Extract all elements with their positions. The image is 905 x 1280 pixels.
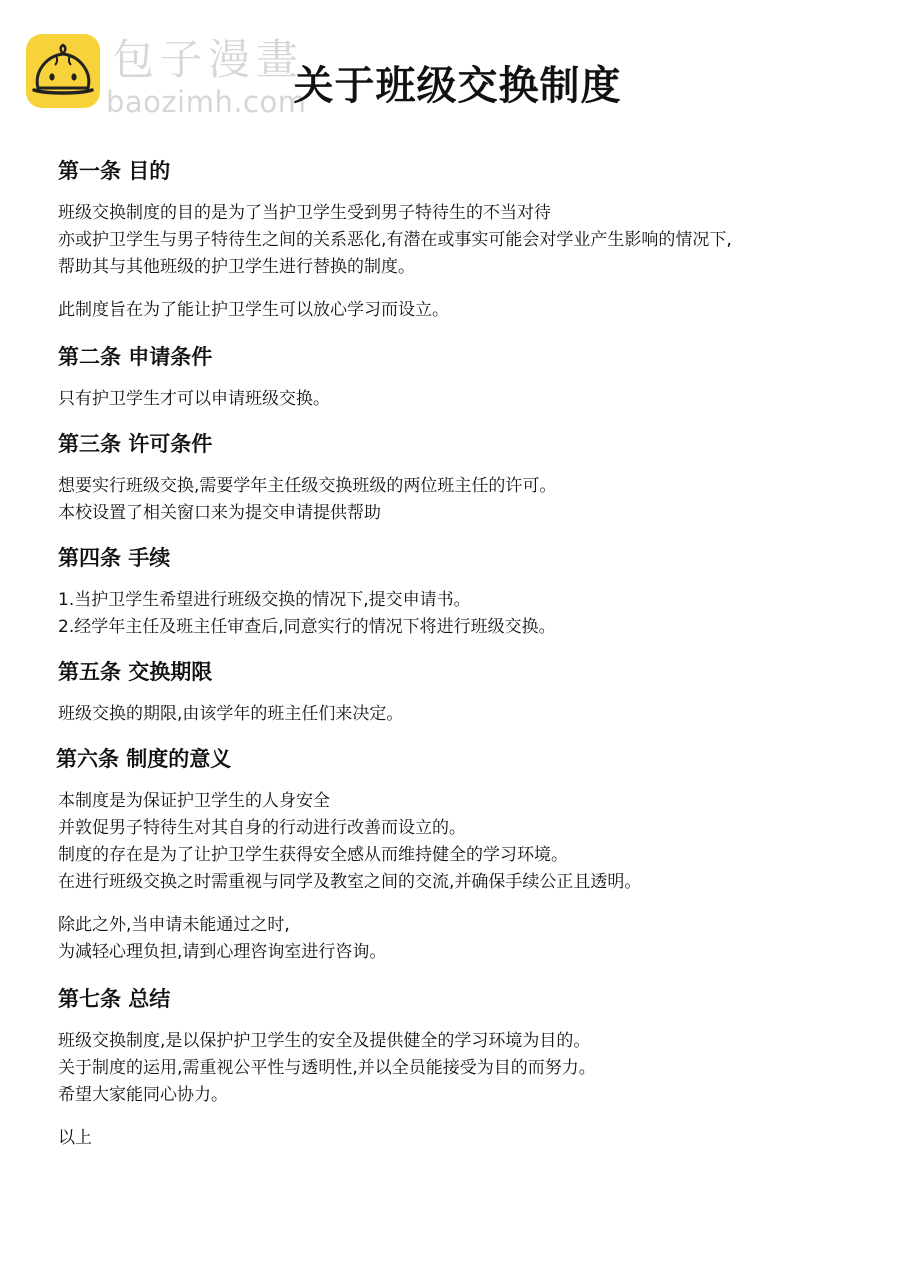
closing-text: 以上: [58, 1125, 878, 1152]
text-line: 并敦促男子特待生对其自身的行动进行改善而设立的。: [58, 815, 878, 842]
page-title: 关于班级交换制度: [0, 60, 905, 112]
text-line: 帮助其与其他班级的护卫学生进行替换的制度。: [58, 254, 878, 281]
text-line: 只有护卫学生才可以申请班级交换。: [58, 386, 878, 413]
paragraph: 只有护卫学生才可以申请班级交换。: [58, 386, 878, 413]
article-heading: 第七条 总结: [58, 984, 878, 1014]
article-heading: 第五条 交换期限: [58, 657, 878, 687]
document-body: 第一条 目的 班级交换制度的目的是为了当护卫学生受到男子特待生的不当对待 亦或护…: [58, 156, 878, 1152]
paragraph: 除此之外,当申请未能通过之时, 为减轻心理负担,请到心理咨询室进行咨询。: [58, 912, 878, 966]
text-line: 制度的存在是为了让护卫学生获得安全感从而维持健全的学习环境。: [58, 842, 878, 869]
article-heading: 第二条 申请条件: [58, 342, 878, 372]
text-line: 2.经学年主任及班主任审查后,同意实行的情况下将进行班级交换。: [58, 614, 878, 641]
paragraph: 想要实行班级交换,需要学年主任级交换班级的两位班主任的许可。 本校设置了相关窗口…: [58, 473, 878, 527]
text-line: 在进行班级交换之时需重视与同学及教室之间的交流,并确保手续公正且透明。: [58, 869, 878, 896]
text-line: 关于制度的运用,需重视公平性与透明性,并以全员能接受为目的而努力。: [58, 1055, 878, 1082]
text-line: 为减轻心理负担,请到心理咨询室进行咨询。: [58, 939, 878, 966]
paragraph: 班级交换的期限,由该学年的班主任们来决定。: [58, 701, 878, 728]
text-line: 1.当护卫学生希望进行班级交换的情况下,提交申请书。: [58, 587, 878, 614]
article-heading: 第三条 许可条件: [58, 429, 878, 459]
text-line: 本校设置了相关窗口来为提交申请提供帮助: [58, 500, 878, 527]
text-line: 希望大家能同心协力。: [58, 1082, 878, 1109]
text-line: 本制度是为保证护卫学生的人身安全: [58, 788, 878, 815]
paragraph: 班级交换制度的目的是为了当护卫学生受到男子特待生的不当对待 亦或护卫学生与男子特…: [58, 200, 878, 281]
article-7: 第七条 总结 班级交换制度,是以保护护卫学生的安全及提供健全的学习环境为目的。 …: [58, 984, 878, 1152]
article-5: 第五条 交换期限 班级交换的期限,由该学年的班主任们来决定。: [58, 657, 878, 728]
text-line: 亦或护卫学生与男子特待生之间的关系恶化,有潜在或事实可能会对学业产生影响的情况下…: [58, 227, 878, 254]
text-line: 此制度旨在为了能让护卫学生可以放心学习而设立。: [58, 297, 878, 324]
text-line: 班级交换的期限,由该学年的班主任们来决定。: [58, 701, 878, 728]
article-6: 第六条 制度的意义 本制度是为保证护卫学生的人身安全 并敦促男子特待生对其自身的…: [58, 744, 878, 966]
article-heading: 第一条 目的: [58, 156, 878, 186]
text-line: 以上: [58, 1125, 878, 1152]
paragraph: 此制度旨在为了能让护卫学生可以放心学习而设立。: [58, 297, 878, 324]
text-line: 想要实行班级交换,需要学年主任级交换班级的两位班主任的许可。: [58, 473, 878, 500]
article-2: 第二条 申请条件 只有护卫学生才可以申请班级交换。: [58, 342, 878, 413]
text-line: 班级交换制度的目的是为了当护卫学生受到男子特待生的不当对待: [58, 200, 878, 227]
paragraph: 本制度是为保证护卫学生的人身安全 并敦促男子特待生对其自身的行动进行改善而设立的…: [58, 788, 878, 896]
text-line: 班级交换制度,是以保护护卫学生的安全及提供健全的学习环境为目的。: [58, 1028, 878, 1055]
article-1: 第一条 目的 班级交换制度的目的是为了当护卫学生受到男子特待生的不当对待 亦或护…: [58, 156, 878, 324]
article-heading: 第四条 手续: [58, 543, 878, 573]
article-3: 第三条 许可条件 想要实行班级交换,需要学年主任级交换班级的两位班主任的许可。 …: [58, 429, 878, 527]
article-4: 第四条 手续 1.当护卫学生希望进行班级交换的情况下,提交申请书。 2.经学年主…: [58, 543, 878, 641]
text-line: 除此之外,当申请未能通过之时,: [58, 912, 878, 939]
paragraph: 班级交换制度,是以保护护卫学生的安全及提供健全的学习环境为目的。 关于制度的运用…: [58, 1028, 878, 1109]
paragraph: 1.当护卫学生希望进行班级交换的情况下,提交申请书。 2.经学年主任及班主任审查…: [58, 587, 878, 641]
article-heading: 第六条 制度的意义: [56, 744, 878, 774]
